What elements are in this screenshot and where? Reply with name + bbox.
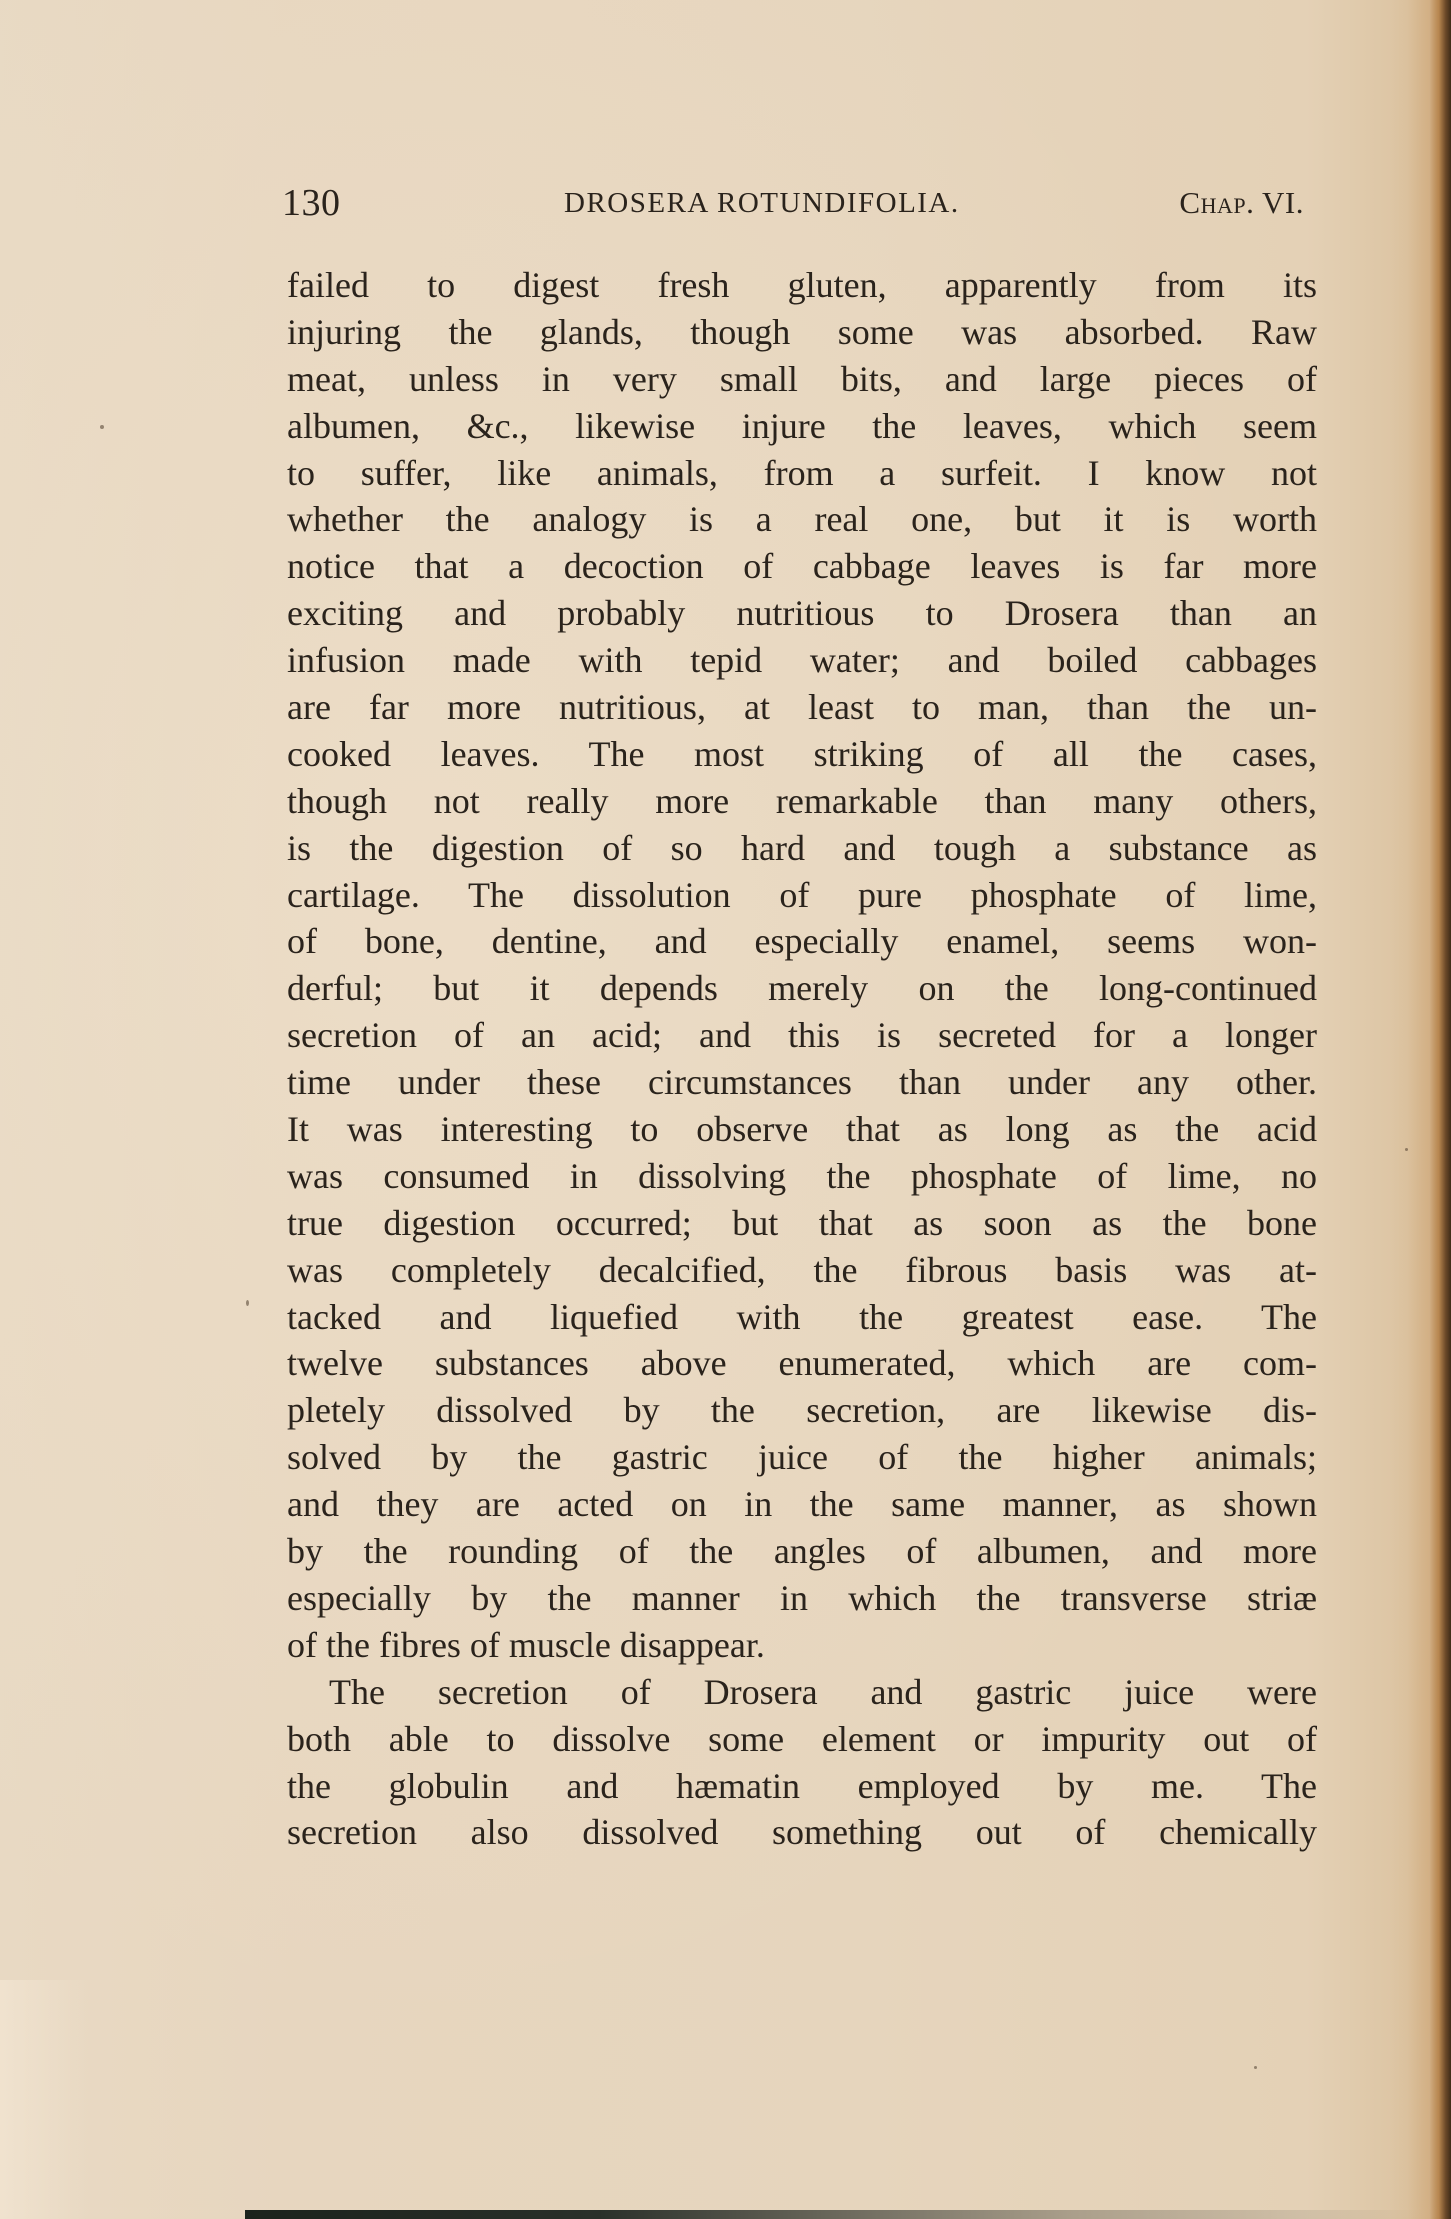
- text-line: was completely decalcified, the fibrous …: [287, 1247, 1317, 1294]
- text-line: secretion also dissolved something out o…: [287, 1809, 1317, 1856]
- body-text: failed to digest fresh gluten, apparentl…: [287, 262, 1317, 1856]
- text-line: notice that a decoction of cabbage leave…: [287, 543, 1317, 590]
- text-line: derful; but it depends merely on the lon…: [287, 965, 1317, 1012]
- text-line: by the rounding of the angles of albumen…: [287, 1528, 1317, 1575]
- text-line: exciting and probably nutritious to Dros…: [287, 590, 1317, 637]
- text-line: time under these circumstances than unde…: [287, 1059, 1317, 1106]
- text-line: albumen, &c., likewise injure the leaves…: [287, 403, 1317, 450]
- text-line: cooked leaves. The most striking of all …: [287, 731, 1317, 778]
- text-line: infusion made with tepid water; and boil…: [287, 637, 1317, 684]
- text-line: pletely dissolved by the secretion, are …: [287, 1387, 1317, 1434]
- scan-bottom-edge: [245, 2210, 1425, 2219]
- book-page: 130 DROSERA ROTUNDIFOLIA. Chap. VI. fail…: [0, 0, 1451, 2219]
- running-title: DROSERA ROTUNDIFOLIA.: [564, 178, 960, 228]
- text-line: of bone, dentine, and especially enamel,…: [287, 918, 1317, 965]
- text-line: solved by the gastric juice of the highe…: [287, 1434, 1317, 1481]
- binding-edge-shadow: [1429, 0, 1451, 2219]
- text-line: and they are acted on in the same manner…: [287, 1481, 1317, 1528]
- text-line: especially by the manner in which the tr…: [287, 1575, 1317, 1622]
- page-edge-highlight: [1389, 0, 1429, 2219]
- text-line: to suffer, like animals, from a surfeit.…: [287, 450, 1317, 497]
- paper-speck: [100, 425, 104, 429]
- text-line: meat, unless in very small bits, and lar…: [287, 356, 1317, 403]
- text-line: was consumed in dissolving the phosphate…: [287, 1153, 1317, 1200]
- text-line: twelve substances above enumerated, whic…: [287, 1340, 1317, 1387]
- text-line: secretion of an acid; and this is secret…: [287, 1012, 1317, 1059]
- chapter-label: Chap. VI.: [1179, 178, 1304, 228]
- text-line-paragraph-end: of the fibres of muscle disappear.: [287, 1622, 1317, 1669]
- paper-speck: [1405, 1148, 1408, 1151]
- text-line: are far more nutritious, at least to man…: [287, 684, 1317, 731]
- text-line: injuring the glands, though some was abs…: [287, 309, 1317, 356]
- paper-speck: [246, 1300, 249, 1306]
- text-line: It was interesting to observe that as lo…: [287, 1106, 1317, 1153]
- text-line: though not really more remarkable than m…: [287, 778, 1317, 825]
- page-number: 130: [282, 178, 341, 228]
- text-line: is the digestion of so hard and tough a …: [287, 825, 1317, 872]
- text-line: true digestion occurred; but that as soo…: [287, 1200, 1317, 1247]
- text-line: cartilage. The dissolution of pure phosp…: [287, 872, 1317, 919]
- text-line: failed to digest fresh gluten, apparentl…: [287, 262, 1317, 309]
- page-corner-shade: [0, 1980, 90, 2219]
- running-head: 130 DROSERA ROTUNDIFOLIA. Chap. VI.: [282, 178, 1304, 228]
- text-line: whether the analogy is a real one, but i…: [287, 496, 1317, 543]
- text-line-paragraph-start: The secretion of Drosera and gastric jui…: [287, 1669, 1317, 1716]
- paper-speck: [1254, 2066, 1257, 2069]
- text-line: the globulin and hæmatin employed by me.…: [287, 1763, 1317, 1810]
- text-line: tacked and liquefied with the greatest e…: [287, 1294, 1317, 1341]
- text-line: both able to dissolve some element or im…: [287, 1716, 1317, 1763]
